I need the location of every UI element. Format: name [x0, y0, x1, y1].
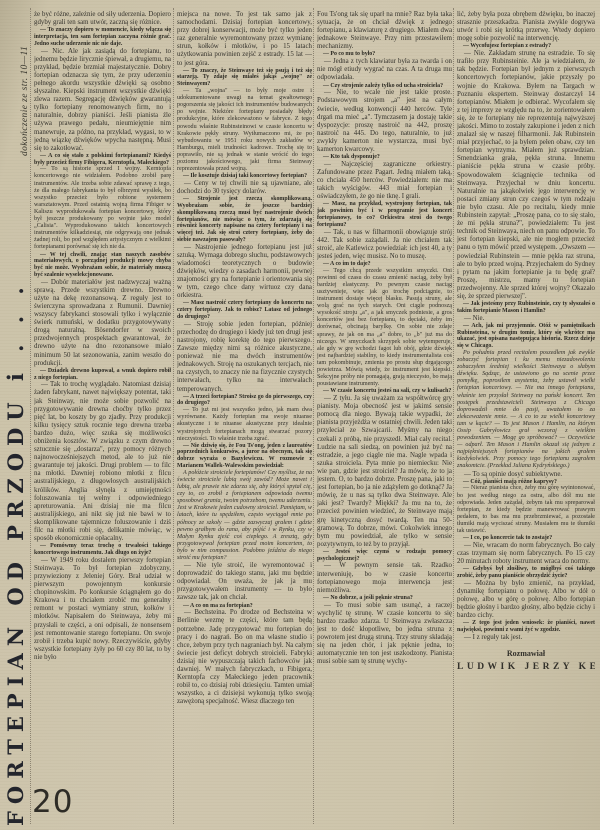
interview-question: — Wycofujesz fortepian z estrady? — [457, 43, 595, 50]
article-paragraph: — Nie tyle stroić, ile wyremontować i do… — [177, 562, 312, 602]
interview-question: — To znaczy dopiero w momencie, kiedy wł… — [34, 27, 171, 47]
article-paragraph: — Nie, wracam do norm fabrycznych. Bo ca… — [457, 542, 595, 566]
continuation-note: dokończenie ze str. 10—11 — [20, 46, 30, 156]
text-column: miejsca na nowe. To jest tak samo jak z … — [177, 11, 312, 827]
article-paragraph: — Nie, to wcale nie jest takie proste. P… — [317, 89, 452, 154]
interview-question: — Jak jesteśmy przy Rubinsteinie, czy ty… — [457, 301, 595, 315]
page-number: 20 — [32, 784, 73, 820]
article-paragraph: — Tak to trochę wyglądało. Natomiast dzi… — [34, 381, 171, 543]
interview-question: — A co im to daje? — [317, 261, 452, 268]
article-paragraph: — Jedna z tych klawiatur była za twarda … — [317, 58, 452, 82]
interview-question: — Pomówmy teraz trochę o trwałości takie… — [34, 543, 171, 557]
vertical-article-title: FORTEPIAN OD PRZODU i . . . — [3, 280, 28, 826]
interview-question: — Czy strojenie zależy tylko od ucha str… — [317, 83, 452, 90]
interview-question: — To znaczy, że Steinwaye też się psują … — [177, 68, 312, 88]
article-paragraph: — Stroję sobie jeden fortepian, później … — [177, 321, 312, 394]
article-paragraph: — W 1949 roku dostałem pierwszy fortepia… — [34, 557, 171, 662]
byline-label: Rozmawiał — [457, 649, 595, 658]
byline-name: LUDWIK JERZY KERN — [457, 662, 595, 673]
article-paragraph: Po południu przed recitalem poszedłem ja… — [457, 350, 595, 471]
text-column: lić, żeby była poza obrębem dźwięku, bo … — [457, 11, 595, 827]
interview-question: — Cóż, pianiści mają różne kaprysy? — [457, 479, 595, 486]
article-paragraph: — Dobór materiałów jest nadzwyczaj ważną… — [34, 279, 171, 368]
article-paragraph: — To już mi jest wszystko jedno, jak mam… — [177, 407, 312, 442]
interview-question: — Ach, jak mi przyjemnie. Otóż w pamiętn… — [457, 323, 595, 350]
text-column: że być różne, zależnie od siły uderzenia… — [34, 11, 171, 779]
article-paragraph: — To musi sobie sam usunąć, a raczej wyc… — [317, 602, 452, 667]
interview-question: — W czasie koncertu jesteś na sali, czy … — [317, 388, 452, 395]
article-paragraph: — I z reguły tak jest. — [457, 634, 595, 642]
newspaper-page: FORTEPIAN OD PRZODU i . . . dokończenie … — [0, 0, 600, 830]
article-paragraph: — Nie. — [457, 315, 595, 323]
column-rule — [173, 8, 174, 824]
interview-question: — Jesteś więc czymś w rodzaju pomocy psy… — [317, 549, 452, 563]
interview-question: — Ile kosztuje dzisiaj taki koncertowy f… — [177, 173, 312, 180]
text-column: Fou Ts'ong tak się uparł na mnie? Raz by… — [317, 11, 452, 827]
article-paragraph: — Bechsteina. Po drodze od Bechsteina w … — [177, 609, 312, 706]
article-paragraph: że być różne, zależnie od siły uderzenia… — [34, 11, 171, 27]
article-paragraph: — To są historie sprzed I wojny. Kerntop… — [34, 166, 171, 251]
interview-question: — No dobrze, a jeśli pęknie struna? — [317, 595, 452, 602]
interview-question: — W tej chwili, znając stan naszych zaso… — [34, 252, 171, 279]
article-paragraph: lić, żeby była poza obrębem dźwięku, bo … — [457, 11, 595, 43]
interview-question: — Nie dziwię się, że Fou Ts'ong, jeden z… — [177, 443, 312, 470]
article-paragraph: — Nieraz pianista chce, żeby mu górę wyi… — [457, 485, 595, 535]
article-paragraph: — Z tyłu. Ja się uważam za współtwórcę g… — [317, 395, 452, 549]
column-rule — [30, 8, 31, 824]
article-paragraph: — Nic. Ale jak zasiądą do fortepianu, to… — [34, 48, 171, 153]
article-paragraph: — Ceny w tej chwili nie są ujawniane, al… — [177, 180, 312, 196]
interview-question: — Z tego jest jeden wniosek: że pianiści… — [457, 620, 595, 634]
article-paragraph: — Nie. Zakładam strunę na estradzie. To … — [457, 50, 595, 301]
article-paragraph: — Można by było zmienić, na przykład, dy… — [457, 580, 595, 620]
article-paragraph: Fou Ts'ong tak się uparł na mnie? Raz by… — [317, 11, 452, 51]
interview-question: — A co on ma za fortepian? — [177, 603, 312, 610]
article-paragraph: — To są opinie dosyć subiektywne. — [457, 471, 595, 479]
interview-question: — Dziadek drewno kupował, a wnuk dopiero… — [34, 368, 171, 382]
interview-question: — Po co mu to było? — [317, 51, 452, 58]
interview-question: — A trzeci fortepian? Stroisz go do pier… — [177, 394, 312, 408]
interview-question: — Kto tak dysponuje? — [317, 154, 452, 161]
interview-question: — Masz, na przykład, wystrojony fortepia… — [317, 201, 452, 228]
interview-question: — I co, po koncercie tak to zostaje? — [457, 535, 595, 542]
interview-question: — Strojenie jest rzeczą skomplikowaną. W… — [177, 196, 312, 244]
article-paragraph: — Ta „wojna" — to były moje ostre i udok… — [177, 88, 312, 173]
interview-question: — A co się stało z polskimi fortepianami… — [34, 153, 171, 167]
article-paragraph: — W pewnym sensie tak. Rzadko interweniu… — [317, 562, 452, 594]
article-paragraph: — Tego chcą przede wszystkim smyczki. On… — [317, 268, 452, 389]
column-rule — [313, 8, 314, 824]
interview-question: — Gdybyś był złośliwy, to mógłbyś coś ta… — [457, 566, 595, 580]
article-paragraph: miejsca na nowe. To jest tak samo jak z … — [177, 11, 312, 68]
article-paragraph: A połóżcie stroiciele fortepianów! Czy m… — [177, 470, 312, 562]
article-paragraph: — Nastrojenie jednego fortepianu jest ju… — [177, 244, 312, 301]
column-rule — [453, 8, 454, 824]
article-paragraph: — Tak, u nas w filharmonii obowiązuje st… — [317, 229, 452, 261]
interview-question: — Masz nastroić cztery fortepiany do kon… — [177, 300, 312, 320]
article-paragraph: — Najczęściej zagraniczne orkiestry. Zaf… — [317, 161, 452, 201]
